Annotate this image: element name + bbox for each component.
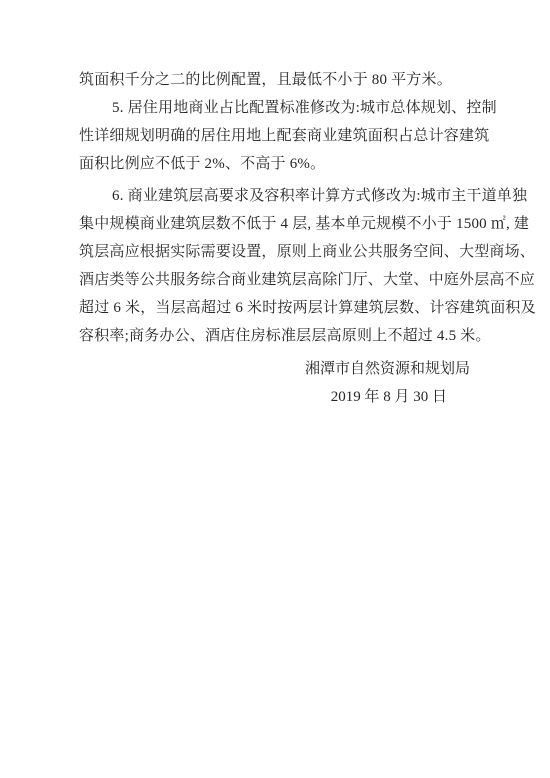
issuing-authority: 湘潭市自然资源和规划局 (79, 355, 525, 383)
body-text-line: 5. 居住用地商业占比配置标准修改为:城市总体规划、控制 (79, 94, 525, 122)
body-text-line: 6. 商业建筑层高要求及容积率计算方式修改为:城市主干道单独 (79, 182, 525, 210)
document-body: 筑面积千分之二的比例配置，且最低不小于 80 平方米。 5. 居住用地商业占比配… (79, 66, 525, 411)
body-text-line: 超过 6 米，当层高超过 6 米时按两层计算建筑层数、计容建筑面积及 (79, 294, 525, 322)
signature-block: 湘潭市自然资源和规划局 2019 年 8 月 30 日 (79, 355, 525, 411)
issue-date: 2019 年 8 月 30 日 (79, 383, 525, 411)
body-text-line: 集中规模商业建筑层数不低于 4 层, 基本单元规模不小于 1500 ㎡, 建 (79, 210, 525, 238)
body-text-line: 容积率;商务办公、酒店住房标准层层高原则上不超过 4.5 米。 (79, 322, 525, 350)
body-text-line: 筑面积千分之二的比例配置，且最低不小于 80 平方米。 (79, 66, 525, 94)
body-text-line: 面积比例应不低于 2%、不高于 6%。 (79, 150, 525, 178)
document-page: 筑面积千分之二的比例配置，且最低不小于 80 平方米。 5. 居住用地商业占比配… (0, 0, 550, 778)
body-text-line: 酒店类等公共服务综合商业建筑层高除门厅、大堂、中庭外层高不应 (79, 266, 525, 294)
body-text-line: 筑层高应根据实际需要设置，原则上商业公共服务空间、大型商场、 (79, 238, 525, 266)
body-text-line: 性详细规划明确的居住用地上配套商业建筑面积占总计容建筑 (79, 122, 525, 150)
